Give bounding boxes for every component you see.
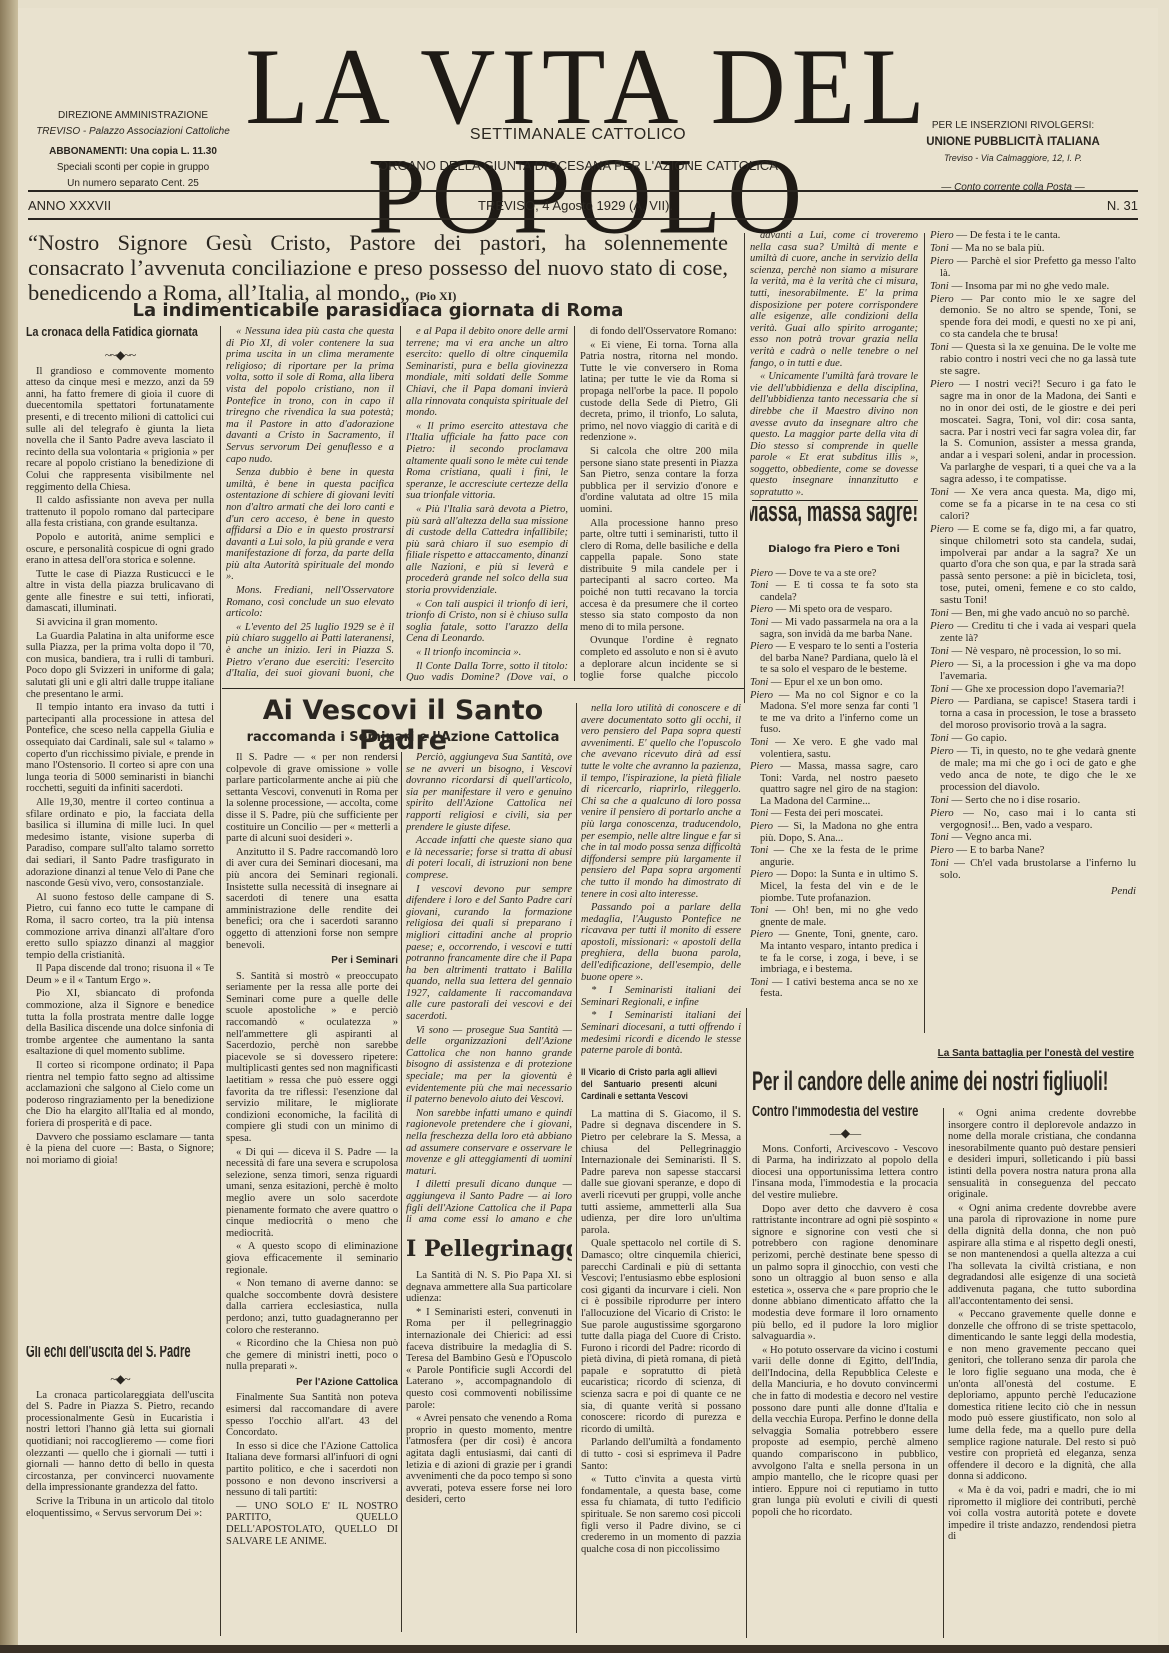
column-divider — [401, 752, 402, 1632]
dialog-text: — Ma no col Signor e co la Madona. S'el … — [760, 690, 918, 736]
dialog-line: Toni — Ghe xe procession dopo l'avemaria… — [930, 684, 1136, 696]
paragraph: Pio XI, sbiancato di profonda commozione… — [26, 988, 214, 1058]
article-cronaca: La cronaca della Fatidica giornata ~~◆~~… — [26, 326, 214, 1341]
advertising-label: PER LE INSERZIONI RIVOLGERSI: — [888, 118, 1138, 134]
dialog-text: — Oh! ben, mi no ghe vedo gnente de male… — [760, 905, 918, 928]
article-col2-top: « Nessuna idea più casta che questa di P… — [226, 326, 394, 681]
paragraph: « Unicamente l'umiltà farà trovare le vi… — [750, 371, 918, 498]
vescovi-col-a: Il S. Padre — « per non rendersi colpevo… — [226, 752, 398, 1642]
paragraph: Si avvicina il gran momento. — [26, 617, 214, 629]
candore-kicker: La Santa battaglia per l'onestà del vest… — [904, 1048, 1134, 1059]
vicario-body: La mattina di S. Giacomo, il S. Padre si… — [581, 1109, 741, 1556]
paragraph: Si calcola che oltre 200 mila persone si… — [580, 446, 738, 516]
dialog-line: Piero — Sì, a la procession i ghe va ma … — [930, 659, 1136, 683]
dialog-line: Toni — Insoma par mi no ghe vedo male. — [930, 281, 1136, 293]
dialog-line: Toni — Mi vado passarmela na ora a la sa… — [750, 617, 918, 640]
speaker-name: Toni — [750, 808, 768, 819]
paragraph: * I Seminaristi italiani dei Seminari di… — [581, 1010, 741, 1056]
pellegrinaggi-title: I Pellegrinaggi — [406, 1236, 572, 1262]
dialog-text: — Par conto mio le xe sagre del demonio.… — [940, 293, 1136, 341]
dialog-text: — No, caso mai i lo canta sti vergognosi… — [940, 807, 1136, 831]
newspaper-page: LA VITA DEL POPOLO DIREZIONE AMMINISTRAZ… — [18, 8, 1158, 1648]
dialog-line: Toni — Serto che no i dise rosario. — [930, 795, 1136, 807]
issue-number: N. 31 — [1107, 198, 1138, 213]
candore-col-a: Contro l'immodestia del vestire —◆— Mons… — [752, 1106, 938, 1646]
masthead-center-box: SETTIMANALE CATTOLICO ORGANO DELLA GIUNT… — [308, 126, 848, 173]
paragraph: « Più l'Italia sarà devota a Pietro, più… — [406, 504, 568, 597]
paragraph: di fondo dell'Osservatore Romano: — [580, 326, 738, 338]
dialog-text: — Nè vesparo, nè procession, lo so mi. — [949, 645, 1121, 657]
speaker-name: Toni — [930, 341, 949, 353]
paragraph: Davvero che possiamo esclamare — tanta è… — [26, 1132, 214, 1167]
ornament-swirl: —◆— — [752, 1128, 938, 1140]
dialog-line: Toni — Vegno anca mi. — [930, 832, 1136, 844]
dialog-text: — Vegno anca mi. — [949, 831, 1032, 843]
speaker-name: Toni — [930, 486, 949, 498]
masthead-subtitle: SETTIMANALE CATTOLICO — [308, 126, 848, 144]
administration-address: TREVISO - Palazzo Associazioni Cattolich… — [18, 124, 248, 140]
speaker-name: Toni — [750, 977, 768, 988]
paragraph: * I Seminaristi esteri, convenuti in Rom… — [406, 1307, 572, 1411]
column-divider — [924, 233, 925, 1033]
massa-title-wrap: Massa, massa sagre! — [750, 506, 918, 538]
dialog-line: Piero — De festa i te le canta. — [930, 230, 1136, 242]
speaker-name: Piero — [930, 523, 954, 535]
speaker-name: Piero — [930, 745, 954, 757]
masthead-organ-line: ORGANO DELLA GIUNTA DIOCESANA PER L'AZIO… — [308, 158, 848, 173]
paragraph: « Ma è da voi, padri e madri, che io mi … — [948, 1485, 1136, 1543]
paragraph: I diletti presuli dicano dunque — aggiun… — [406, 1179, 572, 1222]
dialog-line: Toni — Nè vesparo, nè procession, lo so … — [930, 646, 1136, 658]
paragraph: Il caldo asfissiante non aveva per nulla… — [26, 495, 214, 530]
group-discount-note: Speciali sconti per copie in gruppo — [18, 160, 248, 176]
paragraph: I vescovi devono pur sempre difendere i … — [406, 884, 572, 1023]
paragraph: Il corteo si ricompone ordinato; il Papa… — [26, 1060, 214, 1130]
lead-quote: “Nostro Signore Gesù Cristo, Pastore dei… — [28, 230, 728, 309]
echi-title-wrap: Gli echi dell'uscita del S. Padre — [26, 1346, 214, 1372]
paragraph: « Peccano gravemente quelle donne e donz… — [948, 1309, 1136, 1483]
speaker-name: Piero — [930, 807, 954, 819]
dialog-line: Piero — I nostri veci?! Securo i ga fato… — [930, 379, 1136, 486]
dialog-text: — Sì, a la procession i ghe va ma dopo l… — [940, 658, 1136, 682]
dialog-text: — Ma no se bala più. — [949, 242, 1045, 254]
dialog-text: — Xe vera anca questa. Ma, digo mi, come… — [940, 486, 1136, 522]
paragraph: « Il primo esercito attestava che l'Ital… — [406, 421, 568, 502]
dialog-text: — Questa sì la xe genuina. De le volte m… — [940, 341, 1136, 377]
dialog-line: Toni — Xe vero. E ghe vado mal volentier… — [750, 737, 918, 760]
postal-account-note: — Conto corrente colla Posta — — [888, 180, 1138, 196]
echi-body: La cronaca particolareggiata dell'uscita… — [26, 1390, 214, 1520]
paragraph: La Santità di N. S. Pio Papa XI. si degn… — [406, 1270, 572, 1305]
masthead-rule-bottom — [28, 218, 1138, 220]
dialog-text: — Xe vero. E ghe vado mal volentiera, sa… — [760, 737, 918, 760]
dialog-line: Toni — Xe vera anca questa. Ma, digo mi,… — [930, 487, 1136, 523]
col5-body: davanti a Lui, come ci troveremo nella c… — [750, 230, 918, 498]
speaker-name: Toni — [930, 831, 949, 843]
paragraph: La Guardia Palatina in alta uniforme esc… — [26, 631, 214, 701]
candore-subtitle: Contro l'immodestia del vestire — [752, 1106, 882, 1118]
dialog-line: Toni — E ti cossa te fa soto sta candela… — [750, 580, 918, 603]
dialog-line: Piero — Gnente, Toni, gnente, caro. Ma i… — [750, 929, 918, 975]
advertising-agency: UNIONE PUBBLICITÀ ITALIANA — [888, 134, 1138, 150]
dialog-text: — Ben, mi ghe vado ancuò no so parchè. — [949, 607, 1130, 619]
paragraph: La mattina di S. Giacomo, il S. Padre si… — [581, 1109, 741, 1237]
paragraph: « Ogni anima credente dovrebbe avere una… — [948, 1203, 1136, 1307]
dialog-text: — Ch'el vada brustolarse a l'inferno lu … — [940, 857, 1136, 881]
dialog-text: — E vesparo te lo senti a l'osteria del … — [760, 641, 918, 675]
masthead-rule-top — [28, 190, 1138, 192]
speaker-name: Toni — [930, 857, 949, 869]
paragraph: Accade infatti che queste siano qua e là… — [406, 835, 572, 881]
advertising-address: Treviso - Via Calmaggiore, 12, I. P. — [888, 150, 1138, 166]
administration-label: DIREZIONE AMMINISTRAZIONE — [18, 108, 248, 124]
dialog-line: Toni — Oh! ben, mi no ghe vedo gnente de… — [750, 905, 918, 928]
dialog-part-1: Piero — Dove te va a ste ore?Toni — E ti… — [750, 568, 918, 1000]
dialog-text: — Ghe xe procession dopo l'avemaria?! — [949, 683, 1125, 695]
col3-body: e al Papa il debito onore delle armi ter… — [406, 326, 568, 681]
col4-body: di fondo dell'Osservatore Romano:« Ei vi… — [580, 326, 738, 681]
paragraph: * I Seminaristi italiani dei Seminari Re… — [581, 985, 741, 1008]
paragraph: « Non temano di averne danno: se qualche… — [226, 1278, 398, 1336]
speaker-name: Toni — [750, 617, 768, 628]
dialog-text: — Go capio. — [949, 732, 1007, 744]
dialog-line: Piero — Par conto mio le xe sagre del de… — [930, 294, 1136, 342]
vescovi-col-a-body: Il S. Padre — « per non rendersi colpevo… — [226, 752, 398, 951]
paragraph: Senza dubbio è bene in questa umiltà, è … — [226, 467, 394, 583]
dialog-line: Piero — Massa, massa sagre, caro Toni: V… — [750, 761, 918, 807]
dialog-line: Piero — E come se fa, digo mi, a far qua… — [930, 524, 1136, 607]
vescovi-col-b-body: Perciò, aggiungeva Sua Santità, ove se n… — [406, 752, 572, 1222]
paragraph: nella loro utilità di conoscere e di ave… — [581, 703, 741, 900]
candore-title-wrap: Per il candore delle anime dei nostri fi… — [752, 1066, 1152, 1096]
dialog-text: — De festa i te le canta. — [954, 230, 1061, 241]
dialog-text: — Mi speto ora de vesparo. — [773, 604, 892, 615]
paragraph: Alla processione hanno preso parte, oltr… — [580, 518, 738, 634]
speaker-name: Toni — [930, 280, 949, 292]
paragraph: « Di qui — diceva il S. Padre — la neces… — [226, 1147, 398, 1240]
dialog-line: Piero — Mi speto ora de vesparo. — [750, 604, 918, 616]
dialog-line: Toni — Epur el xe un bon omo. — [750, 677, 918, 689]
speaker-name: Toni — [750, 580, 768, 591]
vescovi-subtitle: raccomanda i Seminari e l'Azione Cattoli… — [228, 730, 578, 745]
paragraph: « Ho potuto osservare da vicino i costum… — [752, 1345, 938, 1519]
paragraph: La cronaca particolareggiata dell'uscita… — [26, 1390, 214, 1494]
dialog-text: — Che xe la festa de le prime angurie. — [760, 845, 918, 868]
column-divider — [574, 326, 575, 681]
paragraph: Tutte le case di Piazza Rusticucci e le … — [26, 569, 214, 615]
paragraph: Anzitutto il S. Padre raccomandò loro di… — [226, 847, 398, 951]
vescovi-title: Ai Vescovi il Santo Padre — [228, 696, 578, 756]
dialog-line: Piero — E vesparo te lo senti a l'osteri… — [750, 641, 918, 676]
dialog-text: — Insoma par mi no ghe vedo male. — [949, 280, 1109, 292]
dialog-line: Toni — Ben, mi ghe vado ancuò no so parc… — [930, 608, 1136, 620]
dialog-line: Piero — Ma no col Signor e co la Madona.… — [750, 690, 918, 736]
speaker-name: Piero — [750, 690, 773, 701]
speaker-name: Piero — [750, 568, 773, 579]
paragraph: e al Papa il debito onore delle armi ter… — [406, 326, 568, 419]
speaker-name: Toni — [750, 677, 768, 688]
speaker-name: Piero — [930, 620, 954, 632]
cronaca-title-wrap: La cronaca della Fatidica giornata — [26, 326, 214, 348]
dialog-line: Toni — Festa dei peri moscatei. — [750, 808, 918, 820]
speaker-name: Piero — [750, 604, 773, 615]
ornament-swirl: ~~◆~~ — [26, 350, 214, 362]
candore-col-b: « Ogni anima credente dovrebbe insorgere… — [948, 1108, 1136, 1648]
paragraph: Al suono festoso delle campane di S. Pie… — [26, 892, 214, 962]
column-divider — [400, 326, 401, 681]
cronaca-body: Il grandioso e commovente momento atteso… — [26, 366, 214, 1167]
paragraph: Il tempio intanto era invaso da tutti i … — [26, 702, 214, 795]
dialog-text: — Festa dei peri moscatei. — [768, 808, 883, 819]
dialog-line: Toni — Che xe la festa de le prime angur… — [750, 845, 918, 868]
article-pellegrinaggi: I Pellegrinaggi La Santità di N. S. Pio … — [406, 1236, 572, 1641]
dialog-line: Piero — Parchè el sior Prefetto ga messo… — [930, 256, 1136, 280]
paragraph: Il Papa discende dal trono; risuona il «… — [26, 963, 214, 986]
article-signature: Pendi — [930, 886, 1136, 898]
article-col3-top: e al Papa il debito onore delle armi ter… — [406, 326, 568, 681]
dialog-text: — I nostri veci?! Securo i ga fato le sa… — [940, 378, 1136, 485]
paragraph: « Con tali auspici il trionfo di ieri, t… — [406, 599, 568, 645]
paragraph: Perciò, aggiungeva Sua Santità, ove se n… — [406, 752, 572, 833]
dialog-line: Piero — Creditu ti che i vada ai vespari… — [930, 621, 1136, 645]
cronaca-title: La cronaca della Fatidica giornata — [26, 326, 180, 338]
dialog-text: — Pardiana, se capisce! Stasera tardi i … — [940, 695, 1136, 731]
candore-subtitle-wrap: Contro l'immodestia del vestire — [752, 1106, 938, 1126]
dialog-text: — Epur el xe un bon omo. — [768, 677, 882, 688]
vescovi-col-b: Perciò, aggiungeva Sua Santità, ove se n… — [406, 752, 572, 1222]
page-bottom-edge — [0, 1645, 1169, 1653]
column-divider — [220, 326, 221, 1636]
dialog-text: — E come se fa, digo mi, a far quatro, s… — [940, 523, 1136, 606]
dialog-line: Piero — E to barba Nane? — [930, 845, 1136, 857]
col2-body: « Nessuna idea più casta che questa di P… — [226, 326, 394, 681]
dialog-text: — Massa, massa sagre, caro Toni: Varda, … — [760, 761, 918, 807]
paragraph: Ovunque l'ordine è regnato completo ed a… — [580, 635, 738, 681]
dialog-text: — Gnente, Toni, gnente, caro. Ma intanto… — [760, 929, 918, 975]
speaker-name: Toni — [930, 794, 949, 806]
dialog-text: — E ti cossa te fa soto sta candela? — [760, 580, 918, 603]
paragraph: « Tutto c'invita a questa virtù fondamen… — [581, 1474, 741, 1555]
column-divider — [943, 1108, 944, 1638]
issue-date: TREVISO, 4 Agosto 1929 (A. VII). — [478, 198, 673, 213]
masthead-right-box: PER LE INSERZIONI RIVOLGERSI: UNIONE PUB… — [888, 118, 1138, 196]
vescovi-col-a2-body: S. Santità si mostrò « preoccupato seria… — [226, 971, 398, 1373]
paragraph: — UNO SOLO E' IL NOSTRO PARTITO, QUELLO … — [226, 1501, 398, 1547]
paragraph: Vi sono — prosegue Sua Santità — delle o… — [406, 1025, 572, 1106]
dialog-part-2: Piero — De festa i te le canta.Toni — Ma… — [930, 230, 1136, 882]
speaker-name: Toni — [930, 732, 949, 744]
echi-title: Gli echi dell'uscita del S. Padre — [26, 1346, 143, 1358]
paragraph: « L'evento del 25 luglio 1929 se è il pi… — [226, 622, 394, 681]
dialog-text: — Dove te va a ste ore? — [773, 568, 877, 579]
paragraph: « Avrei pensato che venendo a Roma propr… — [406, 1413, 572, 1506]
article-massa-sagre: Massa, massa sagre! Dialogo fra Piero e … — [750, 506, 918, 1006]
lead-subhead: La indimenticabile parasidiaca giornata … — [28, 300, 728, 321]
paragraph: S. Santità si mostrò « preoccupato seria… — [226, 971, 398, 1145]
paragraph: « A questo scopo di eliminazione giova e… — [226, 1241, 398, 1276]
speaker-name: Piero — [930, 844, 954, 856]
speaker-name: Piero — [750, 761, 773, 772]
speaker-name: Piero — [930, 695, 954, 707]
speaker-name: Piero — [750, 929, 773, 940]
paragraph: Parlando dell'umiltà a fondamento di tut… — [581, 1437, 741, 1472]
paragraph: Quale spettacolo nel cortile di S. Damas… — [581, 1238, 741, 1435]
dialog-line: Piero — Dopo: la Sunta e in ultimo S. Mi… — [750, 869, 918, 904]
speaker-name: Piero — [930, 378, 954, 390]
paragraph: « Ogni anima credente dovrebbe insorgere… — [948, 1108, 1136, 1201]
column-divider — [576, 703, 577, 1633]
dialog-line: Toni — Ma no se bala più. — [930, 243, 1136, 255]
speaker-name: Piero — [930, 230, 954, 241]
dialog-text: — E to barba Nane? — [954, 844, 1045, 856]
paragraph: Mons. Conforti, Arcivescovo - Vescovo di… — [752, 1144, 938, 1202]
article-col5-top: davanti a Lui, come ci troveremo nella c… — [750, 230, 918, 498]
subscription-price: ABBONAMENTI: Una copia L. 11.30 — [18, 144, 248, 160]
speaker-name: Toni — [930, 242, 949, 254]
speaker-name: Toni — [750, 737, 768, 748]
paragraph: Scrive la Tribuna in un articolo dal tit… — [26, 1496, 214, 1519]
column-divider — [746, 1008, 747, 1638]
dialog-line: Toni — Go capio. — [930, 733, 1136, 745]
candore-title: Per il candore delle anime dei nostri fi… — [752, 1066, 1000, 1097]
paragraph: « Nessuna idea più casta che questa di P… — [226, 326, 394, 465]
paragraph: Il S. Padre — « per non rendersi colpevo… — [226, 752, 398, 845]
dialog-line: Piero — Sì, la Madona no ghe entra più. … — [750, 821, 918, 844]
dialog-text: — Sì, la Madona no ghe entra più. Dopo, … — [760, 821, 918, 844]
candore-col-a-body: Mons. Conforti, Arcivescovo - Vescovo di… — [752, 1144, 938, 1519]
speaker-name: Piero — [930, 255, 954, 267]
dialog-text: — Creditu ti che i vada ai vespari quela… — [940, 620, 1136, 644]
dialog-text: — Dopo: la Sunta e in ultimo S. Micel, l… — [760, 869, 918, 903]
speaker-name: Toni — [930, 683, 949, 695]
col-c-body: nella loro utilità di conoscere e di ave… — [581, 703, 741, 1057]
paragraph: « Ei viene, Ei torna. Torna alla Patria … — [580, 340, 738, 444]
speaker-name: Piero — [750, 641, 773, 652]
dialog-text: — Serto che no i dise rosario. — [949, 794, 1080, 806]
speaker-name: Toni — [930, 607, 949, 619]
dialog-text: — Ti, in questo, no te ghe vedarà gnente… — [940, 745, 1136, 793]
paragraph: davanti a Lui, come ci troveremo nella c… — [750, 230, 918, 369]
speaker-name: Toni — [750, 905, 768, 916]
paragraph: Passando poi a parlare della medaglia, l… — [581, 902, 741, 983]
candore-col-b-body: « Ogni anima credente dovrebbe insorgere… — [948, 1108, 1136, 1543]
massa-subtitle: Dialogo fra Piero e Toni — [750, 544, 918, 556]
speaker-name: Toni — [750, 845, 768, 856]
dialog-line: Piero — No, caso mai i lo canta sti verg… — [930, 808, 1136, 832]
dialog-line: Toni — Questa sì la xe genuina. De le vo… — [930, 342, 1136, 378]
paragraph: Dopo aver detto che davvero è cosa rattr… — [752, 1204, 938, 1343]
section-rule — [752, 500, 918, 501]
speaker-name: Piero — [930, 658, 954, 670]
pellegrinaggi-body: La Santità di N. S. Pio Papa XI. si degn… — [406, 1270, 572, 1506]
paragraph: Finalmente Sua Santità non poteva esimer… — [226, 1392, 398, 1438]
dialog-text: — Parchè el sior Prefetto ga messo l'alt… — [940, 255, 1136, 279]
article-echi: Gli echi dell'uscita del S. Padre ~◆~ La… — [26, 1346, 214, 1646]
lead-quote-text: “Nostro Signore Gesù Cristo, Pastore dei… — [28, 230, 728, 305]
column-divider — [744, 233, 745, 703]
speaker-name: Piero — [930, 293, 954, 305]
vescovi-col-a3-body: Finalmente Sua Santità non poteva esimer… — [226, 1392, 398, 1547]
vicario-title: Il Vicario di Cristo parla agli allievi … — [581, 1067, 717, 1103]
section-azione-cattolica: Per l'Azione Cattolica — [226, 1377, 398, 1389]
dialog-line: Toni — I cativi bestema anca se no xe fe… — [750, 977, 918, 1000]
dialog-text: — Mi vado passarmela na ora a la sagra, … — [760, 617, 918, 640]
page-binding-edge — [0, 0, 18, 1653]
dialog-text: — I cativi bestema anca se no xe festa. — [760, 977, 918, 1000]
paragraph: Il grandioso e commovente momento atteso… — [26, 366, 214, 494]
article-massa-sagre-cont: Piero — De festa i te le canta.Toni — Ma… — [930, 230, 1136, 1030]
section-per-i-seminari: Per i Seminari — [226, 955, 398, 967]
paragraph: Non sarebbe infatti umano e quindi ragio… — [406, 1108, 572, 1178]
dialog-line: Piero — Pardiana, se capisce! Stasera ta… — [930, 696, 1136, 732]
dialog-line: Toni — Ch'el vada brustolarse a l'infern… — [930, 858, 1136, 882]
dialog-line: Piero — Ti, in questo, no te ghe vedarà … — [930, 746, 1136, 794]
speaker-name: Toni — [930, 645, 949, 657]
volume-year: ANNO XXXVII — [28, 198, 111, 213]
massa-title: Massa, massa sagre! — [750, 506, 918, 518]
speaker-name: Piero — [750, 821, 773, 832]
paragraph: Il Conte Dalla Torre, sotto il titolo: Q… — [406, 661, 568, 681]
speaker-name: Piero — [750, 869, 773, 880]
dialog-line: Piero — Dove te va a ste ore? — [750, 568, 918, 580]
ornament-swirl: ~◆~ — [26, 1374, 214, 1386]
paragraph: « Il trionfo incomincia ». — [406, 647, 568, 659]
paragraph: Alle 19,30, mentre il corteo continua a … — [26, 797, 214, 890]
paragraph: Popolo e autorità, anime semplici e oscu… — [26, 532, 214, 567]
section-rule — [222, 688, 744, 689]
paragraph: « Ricordino che la Chiesa non può che ge… — [226, 1338, 398, 1373]
masthead-left-box: DIREZIONE AMMINISTRAZIONE TREVISO - Pala… — [18, 108, 248, 192]
article-col4-top: di fondo dell'Osservatore Romano:« Ei vi… — [580, 326, 738, 681]
paragraph: Mons. Frediani, nell'Osservatore Romano,… — [226, 585, 394, 620]
article-col-c: nella loro utilità di conoscere e di ave… — [581, 703, 741, 1643]
paragraph: In esso si dice che l'Azione Cattolica I… — [226, 1441, 398, 1499]
